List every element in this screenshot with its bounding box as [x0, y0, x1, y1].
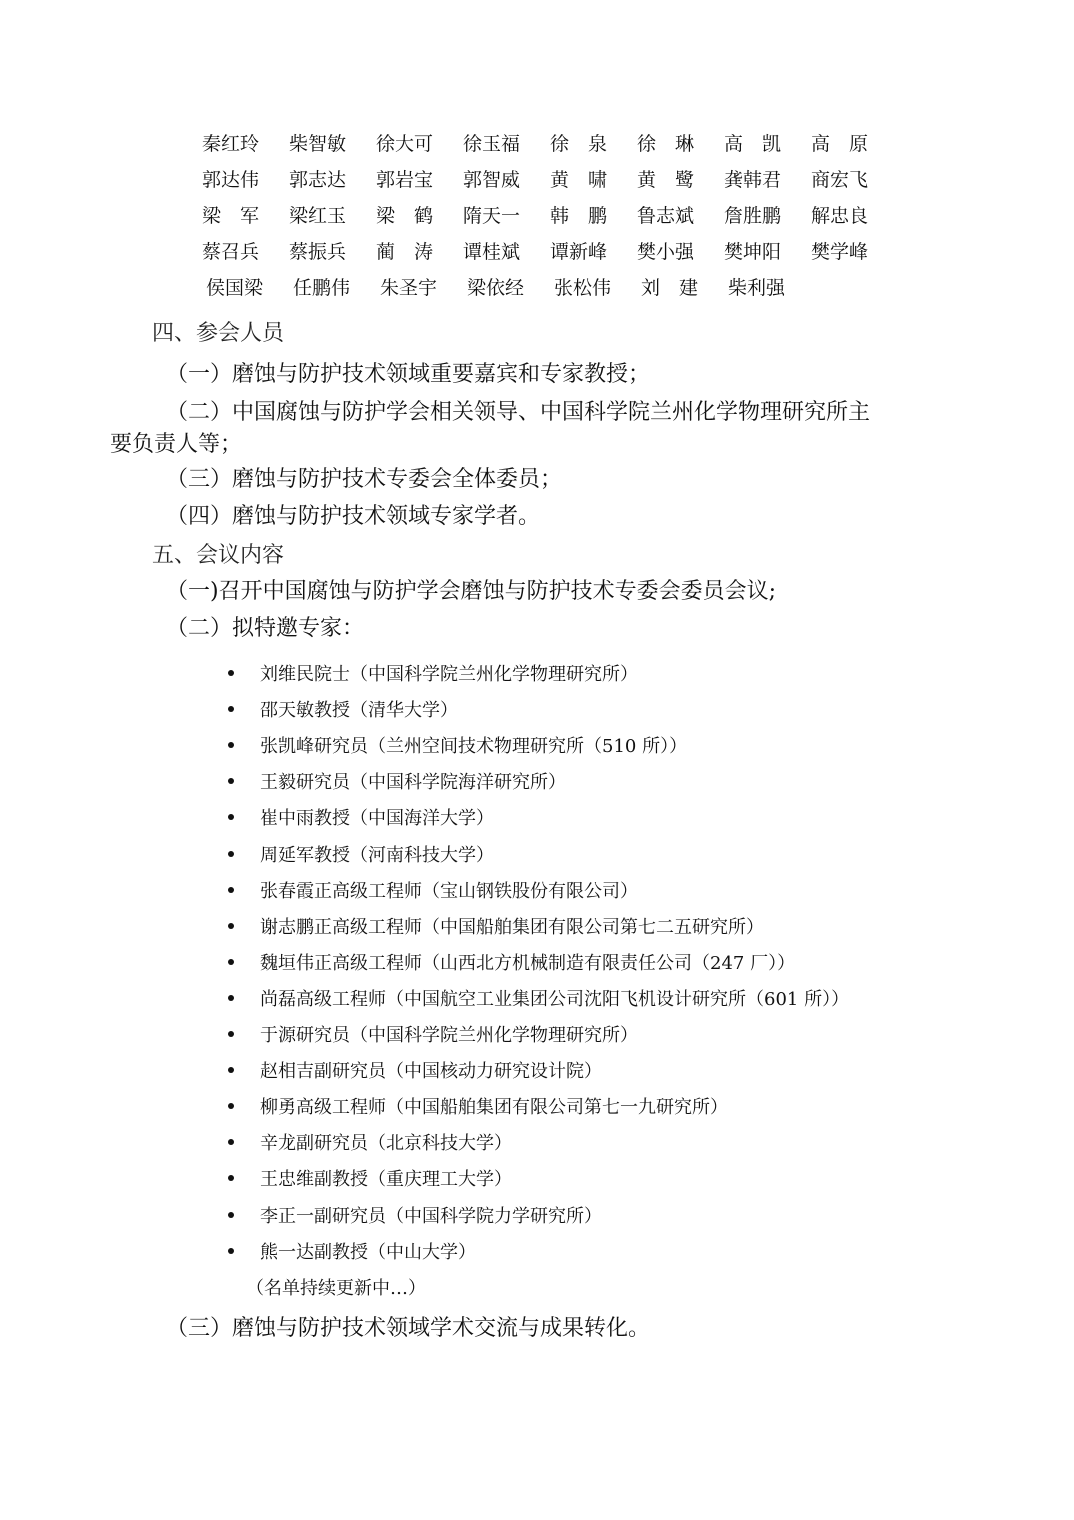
member-name: 徐 琳	[637, 129, 724, 159]
expert-text: 于源研究员（中国科学院兰州化学物理研究所）	[260, 1025, 638, 1046]
expert-list-item: 赵相吉副研究员（中国核动力研究设计院）	[228, 1058, 602, 1086]
bullet-icon	[228, 851, 234, 857]
member-name: 刘 建	[641, 273, 728, 303]
member-name: 黄 鹭	[637, 165, 724, 195]
list-note: （名单持续更新中…）	[246, 1275, 426, 1303]
bullet-icon	[228, 706, 234, 712]
expert-text: 李正一副研究员（中国科学院力学研究所）	[260, 1206, 602, 1227]
bullet-icon	[228, 742, 234, 748]
expert-list-item: 柳勇高级工程师（中国船舶集团有限公司第七一九研究所）	[228, 1094, 728, 1122]
section-4-heading: 四、参会人员	[152, 319, 284, 349]
expert-list-item: 谢志鹏正高级工程师（中国船舶集团有限公司第七二五研究所）	[228, 914, 764, 942]
expert-text: 崔中雨教授（中国海洋大学）	[260, 808, 494, 829]
section-5-item-3: （三）磨蚀与防护技术领域学术交流与成果转化。	[166, 1314, 650, 1344]
section-4-item-2-cont: 要负责人等；	[110, 430, 242, 460]
member-name: 梁 军	[202, 201, 289, 231]
member-name: 郭志达	[289, 165, 376, 195]
member-name: 张松伟	[554, 273, 641, 303]
expert-list-item: 尚磊高级工程师（中国航空工业集团公司沈阳飞机设计研究所（601 所））	[228, 986, 849, 1014]
member-name: 侯国梁	[206, 273, 293, 303]
member-name: 韩 鹏	[550, 201, 637, 231]
member-name: 郭岩宝	[376, 165, 463, 195]
member-name: 高 凯	[724, 129, 811, 159]
bullet-icon	[228, 995, 234, 1001]
expert-text: 魏垣伟正高级工程师（山西北方机械制造有限责任公司（247 厂））	[260, 953, 795, 974]
member-name: 蔡召兵	[202, 237, 289, 267]
names-row: 梁 军梁红玉梁 鹤隋天一韩 鹏鲁志斌詹胜鹏解忠良	[202, 201, 898, 231]
expert-text: 刘维民院士（中国科学院兰州化学物理研究所）	[260, 664, 638, 685]
member-name: 商宏飞	[811, 165, 898, 195]
expert-list-item: 刘维民院士（中国科学院兰州化学物理研究所）	[228, 661, 638, 689]
bullet-icon	[228, 1103, 234, 1109]
section-5-heading: 五、会议内容	[152, 541, 284, 571]
member-name: 郭达伟	[202, 165, 289, 195]
names-row: 侯国梁任鹏伟朱圣宇梁依经张松伟刘 建柴利强	[206, 273, 815, 303]
names-row: 郭达伟郭志达郭岩宝郭智威黄 啸黄 鹭龚韩君商宏飞	[202, 165, 898, 195]
expert-list-item: 崔中雨教授（中国海洋大学）	[228, 805, 494, 833]
bullet-icon	[228, 959, 234, 965]
member-name: 徐 泉	[550, 129, 637, 159]
expert-list-item: 王忠维副教授（重庆理工大学）	[228, 1166, 512, 1194]
member-name: 樊学峰	[811, 237, 898, 267]
bullet-icon	[228, 923, 234, 929]
member-name: 黄 啸	[550, 165, 637, 195]
bullet-icon	[228, 778, 234, 784]
member-name: 徐玉福	[463, 129, 550, 159]
bullet-icon	[228, 1248, 234, 1254]
expert-list-item: 辛龙副研究员（北京科技大学）	[228, 1130, 512, 1158]
expert-text: 柳勇高级工程师（中国船舶集团有限公司第七一九研究所）	[260, 1097, 728, 1118]
expert-list-item: 魏垣伟正高级工程师（山西北方机械制造有限责任公司（247 厂））	[228, 950, 795, 978]
expert-list-item: 熊一达副教授（中山大学）	[228, 1239, 476, 1267]
expert-list-item: 王毅研究员（中国科学院海洋研究所）	[228, 769, 566, 797]
member-name: 解忠良	[811, 201, 898, 231]
expert-text: 赵相吉副研究员（中国核动力研究设计院）	[260, 1061, 602, 1082]
expert-text: 邵天敏教授（清华大学）	[260, 700, 458, 721]
section-5-item-2: （二）拟特邀专家：	[166, 614, 364, 644]
bullet-icon	[228, 1175, 234, 1181]
bullet-icon	[228, 887, 234, 893]
expert-list-item: 张凯峰研究员（兰州空间技术物理研究所（510 所））	[228, 733, 687, 761]
names-row: 秦红玲柴智敏徐大可徐玉福徐 泉徐 琳高 凯高 原	[202, 129, 898, 159]
expert-list-item: 邵天敏教授（清华大学）	[228, 697, 458, 725]
member-name: 谭新峰	[550, 237, 637, 267]
expert-text: 张凯峰研究员（兰州空间技术物理研究所（510 所））	[260, 736, 687, 757]
expert-text: 张春霞正高级工程师（宝山钢铁股份有限公司）	[260, 881, 638, 902]
expert-list-item: 周延军教授（河南科技大学）	[228, 842, 494, 870]
bullet-icon	[228, 814, 234, 820]
member-name: 朱圣宇	[380, 273, 467, 303]
bullet-icon	[228, 1212, 234, 1218]
expert-text: 熊一达副教授（中山大学）	[260, 1242, 476, 1263]
expert-list-item: 李正一副研究员（中国科学院力学研究所）	[228, 1203, 602, 1231]
expert-text: 尚磊高级工程师（中国航空工业集团公司沈阳飞机设计研究所（601 所））	[260, 989, 849, 1010]
member-name: 梁红玉	[289, 201, 376, 231]
section-4-item-1: （一）磨蚀与防护技术领域重要嘉宾和专家教授；	[166, 360, 650, 390]
section-4-item-2: （二）中国腐蚀与防护学会相关领导、中国科学院兰州化学物理研究所主	[166, 398, 870, 428]
member-name: 龚韩君	[724, 165, 811, 195]
member-name: 梁依经	[467, 273, 554, 303]
member-name: 柴利强	[728, 273, 815, 303]
member-name: 徐大可	[376, 129, 463, 159]
member-name: 樊坤阳	[724, 237, 811, 267]
names-row: 蔡召兵蔡振兵蔺 涛谭桂斌谭新峰樊小强樊坤阳樊学峰	[202, 237, 898, 267]
member-name: 鲁志斌	[637, 201, 724, 231]
bullet-icon	[228, 1139, 234, 1145]
member-name: 高 原	[811, 129, 898, 159]
expert-text: 辛龙副研究员（北京科技大学）	[260, 1133, 512, 1154]
expert-text: 周延军教授（河南科技大学）	[260, 845, 494, 866]
member-name: 柴智敏	[289, 129, 376, 159]
expert-text: 谢志鹏正高级工程师（中国船舶集团有限公司第七二五研究所）	[260, 917, 764, 938]
member-name: 秦红玲	[202, 129, 289, 159]
member-name: 谭桂斌	[463, 237, 550, 267]
member-name: 樊小强	[637, 237, 724, 267]
member-name: 郭智威	[463, 165, 550, 195]
member-name: 蔺 涛	[376, 237, 463, 267]
expert-list-item: 张春霞正高级工程师（宝山钢铁股份有限公司）	[228, 878, 638, 906]
section-4-item-3: （三）磨蚀与防护技术专委会全体委员；	[166, 465, 562, 495]
member-name: 隋天一	[463, 201, 550, 231]
section-5-item-1: （一)召开中国腐蚀与防护学会磨蚀与防护技术专委会委员会议;	[166, 577, 776, 607]
section-4-item-4: （四）磨蚀与防护技术领域专家学者。	[166, 502, 540, 532]
bullet-icon	[228, 1067, 234, 1073]
bullet-icon	[228, 670, 234, 676]
expert-text: 王忠维副教授（重庆理工大学）	[260, 1169, 512, 1190]
member-name: 詹胜鹏	[724, 201, 811, 231]
member-name: 蔡振兵	[289, 237, 376, 267]
bullet-icon	[228, 1031, 234, 1037]
expert-list-item: 于源研究员（中国科学院兰州化学物理研究所）	[228, 1022, 638, 1050]
member-name: 任鹏伟	[293, 273, 380, 303]
expert-text: 王毅研究员（中国科学院海洋研究所）	[260, 772, 566, 793]
member-name: 梁 鹤	[376, 201, 463, 231]
